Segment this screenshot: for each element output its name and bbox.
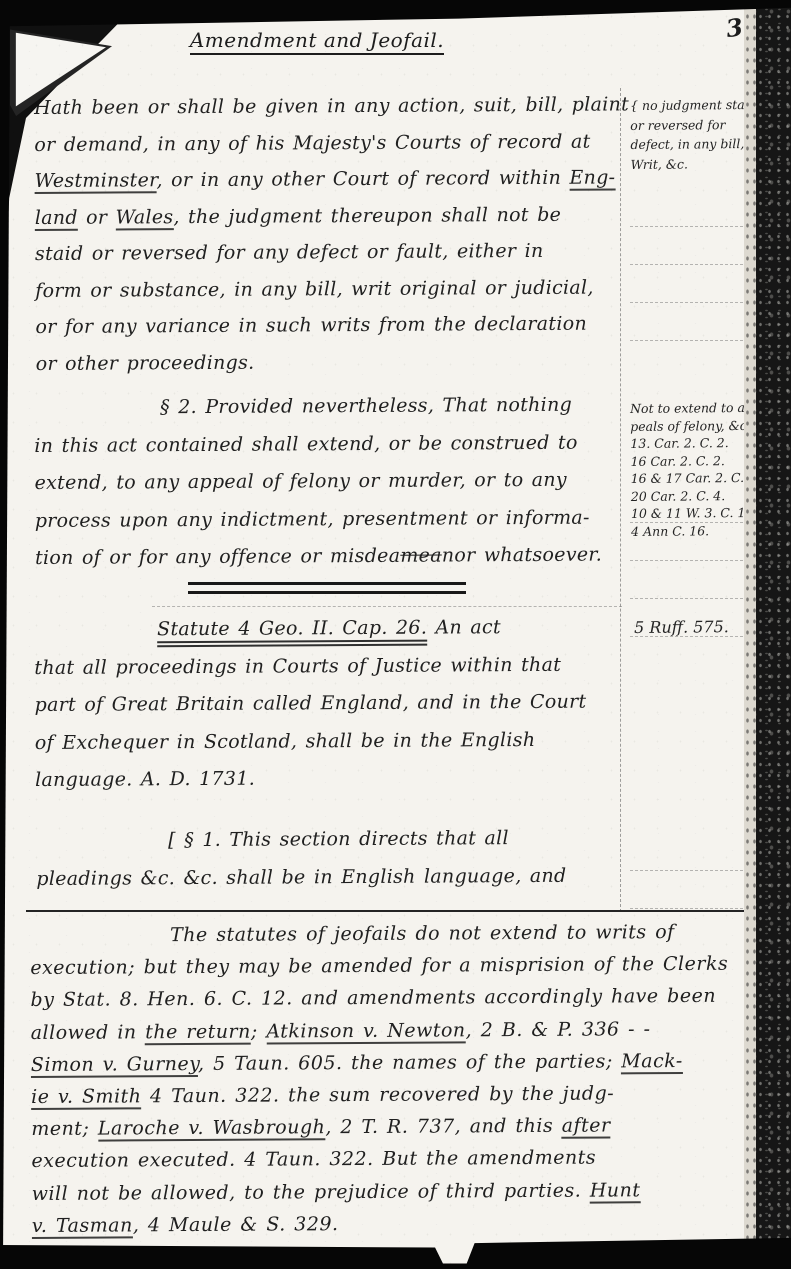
manuscript-text-segment: Westminster: [34, 169, 156, 194]
manuscript-text-segment: , 2 T. R. 737, and this: [325, 1115, 562, 1138]
manuscript-line: part of Great Britain called England, an…: [34, 683, 622, 724]
ruled-line: [152, 606, 622, 607]
manuscript-line: or demand, in any of his Majesty's Court…: [34, 123, 622, 163]
manuscript-text-segment: land: [35, 206, 78, 230]
manuscript-line: Hath been or shall be given in any actio…: [34, 86, 622, 126]
manuscript-text-segment: of Exchequer in Scotland, shall be in th…: [35, 728, 536, 753]
manuscript-line: land or Wales, the judgment thereupon sh…: [35, 196, 623, 236]
manuscript-text-segment: Laroche v. Wasbrough: [98, 1116, 326, 1141]
manuscript-line: Statute 4 Geo. II. Cap. 26. An act: [34, 608, 622, 649]
manuscript-text-segment: the return: [145, 1020, 251, 1045]
ruled-line: [630, 598, 748, 599]
manuscript-text-segment: Eng-: [569, 166, 615, 190]
manuscript-line: Simon v. Gurney, 5 Taun. 605. the names …: [31, 1044, 749, 1081]
manuscript-line: pleadings &c. &c. shall be in English la…: [36, 856, 622, 898]
manuscript-text-segment: , 5 Taun. 605. the names of the parties;: [198, 1050, 621, 1075]
manuscript-text-segment: § 2. Provided nevertheless, That nothing: [160, 394, 572, 419]
manuscript-line: allowed in the return; Atkinson v. Newto…: [31, 1012, 749, 1049]
ruled-line: [630, 340, 748, 341]
manuscript-text-segment: execution executed. 4 Taun. 322. But the…: [31, 1147, 596, 1172]
manuscript-line: or other proceedings.: [36, 342, 624, 382]
ruled-line: [630, 522, 748, 523]
page-title: Amendment and Jeofail.: [152, 28, 482, 52]
margin-note-not-to-extend: Not to extend to ap-peals of felony, &c.…: [630, 399, 757, 540]
manuscript-text-segment: Hath been or shall be given in any actio…: [34, 93, 629, 119]
margin-note-ruffhead-citation: 5 Ruff. 575.: [634, 617, 754, 638]
manuscript-text-segment: or demand, in any of his Majesty's Court…: [34, 130, 590, 155]
ruled-line: [630, 636, 748, 637]
manuscript-text-segment: or: [78, 206, 116, 228]
manuscript-text-segment: , 2 B. & P. 336 - -: [466, 1018, 651, 1041]
paragraph-statute-4-geo-2: Statute 4 Geo. II. Cap. 26. An actthat a…: [34, 608, 623, 799]
paragraph-jeofails-commentary: The statutes of jeofails do not extend t…: [30, 916, 750, 1242]
margin-note-line: Writ, &c.: [631, 153, 757, 174]
manuscript-line: language. A. D. 1731.: [35, 758, 623, 799]
margin-note-line: Not to extend to ap-: [630, 399, 756, 418]
manuscript-text-segment: [ § 1. This section directs that all: [168, 827, 509, 851]
paragraph-section-1-note: [ § 1. This section directs that allplea…: [36, 818, 622, 898]
manuscript-text-segment: mea: [400, 545, 442, 567]
manuscript-page: 39 Amendment and Jeofail. Hath been or s…: [2, 2, 754, 1264]
manuscript-text-segment: Statute 4 Geo. II. Cap. 26.: [157, 617, 427, 648]
manuscript-line: ment; Laroche v. Wasbrough, 2 T. R. 737,…: [31, 1109, 749, 1146]
manuscript-text-segment: Atkinson v. Newton: [266, 1019, 465, 1044]
manuscript-line: that all proceedings in Courts of Justic…: [34, 646, 622, 687]
margin-note-line: { no judgment stayed: [630, 95, 756, 116]
manuscript-line: staid or reversed for any defect or faul…: [35, 232, 623, 272]
ruled-line: [630, 908, 748, 909]
manuscript-text-segment: , the judgment thereupon shall not be: [173, 203, 561, 227]
margin-note-line: 20 Car. 2. C. 4.: [631, 486, 757, 505]
manuscript-text-segment: will not be allowed, to the prejudice of…: [32, 1179, 590, 1204]
manuscript-text-segment: in this act contained shall extend, or b…: [34, 431, 577, 456]
manuscript-text-segment: ;: [251, 1020, 267, 1042]
manuscript-text-segment: v. Tasman: [32, 1214, 133, 1239]
manuscript-line: execution executed. 4 Taun. 322. But the…: [31, 1141, 749, 1178]
manuscript-text-segment: Simon v. Gurney: [31, 1053, 198, 1078]
manuscript-line: tion of or for any offence or misdeamean…: [35, 536, 623, 577]
manuscript-line: execution; but they may be amended for a…: [30, 948, 748, 985]
margin-note-line: 16 Car. 2. C. 2.: [630, 451, 756, 470]
manuscript-line: by Stat. 8. Hen. 6. C. 12. and amendment…: [30, 980, 748, 1017]
manuscript-line: The statutes of jeofails do not extend t…: [30, 916, 748, 953]
margin-note-line: peals of felony, &c.: [630, 416, 756, 435]
manuscript-text-segment: process upon any indictment, presentment…: [35, 506, 590, 531]
manuscript-text-segment: 4 Taun. 322. the sum recovered by the ju…: [141, 1082, 614, 1107]
manuscript-line: of Exchequer in Scotland, shall be in th…: [35, 721, 623, 762]
margin-note-line: 4 Ann C. 16.: [631, 521, 757, 540]
ruled-line: [630, 226, 748, 227]
manuscript-text-segment: pleadings &c. &c. shall be in English la…: [36, 865, 566, 890]
ruled-line: [630, 264, 748, 265]
manuscript-text-segment: staid or reversed for any defect or faul…: [35, 240, 544, 265]
ruled-line: [630, 870, 748, 871]
manuscript-line: extend, to any appeal of felony or murde…: [34, 461, 622, 502]
paragraph-judgment-not-stayed: Hath been or shall be given in any actio…: [34, 86, 624, 382]
manuscript-text-segment: or for any variance in such writs from t…: [35, 313, 587, 338]
manuscript-line: in this act contained shall extend, or b…: [34, 424, 622, 465]
manuscript-text-segment: by Stat. 8. Hen. 6. C. 12. and amendment…: [30, 985, 716, 1011]
manuscript-line: form or substance, in any bill, writ ori…: [35, 269, 623, 309]
manuscript-text-segment: , 4 Maule & S. 329.: [133, 1213, 339, 1236]
margin-note-line: 5 Ruff. 575.: [634, 617, 754, 638]
manuscript-text-segment: Mack-: [621, 1050, 683, 1074]
manuscript-text-segment: ie v. Smith: [31, 1085, 142, 1110]
page-title-text: Amendment and Jeofail.: [190, 28, 444, 55]
manuscript-text-segment: The statutes of jeofails do not extend t…: [170, 921, 675, 946]
margin-note-line: 10 & 11 W. 3. C. 14.: [631, 504, 757, 523]
manuscript-text-segment: ment;: [31, 1118, 98, 1140]
manuscript-line: Westminster, or in any other Court of re…: [34, 159, 622, 199]
manuscript-line: v. Tasman, 4 Maule & S. 329.: [32, 1205, 750, 1242]
manuscript-text-segment: tion of or for any offence or misdea: [35, 545, 400, 569]
margin-note-line: 13. Car. 2. C. 2.: [630, 434, 756, 453]
manuscript-line: § 2. Provided nevertheless, That nothing: [34, 386, 622, 427]
manuscript-text-segment: An act: [427, 616, 501, 638]
ruled-line: [630, 560, 748, 561]
manuscript-line: will not be allowed, to the prejudice of…: [32, 1173, 750, 1210]
manuscript-text-segment: or other proceedings.: [36, 351, 255, 374]
manuscript-line: [ § 1. This section directs that all: [36, 818, 622, 860]
margin-note-line: or reversed for: [630, 114, 756, 135]
manuscript-text-segment: Hunt: [590, 1179, 641, 1203]
margin-note-line: defect, in any bill,: [630, 134, 756, 155]
manuscript-line: process upon any indictment, presentment…: [35, 499, 623, 540]
ruled-line: [630, 302, 748, 303]
manuscript-text-segment: part of Great Britain called England, an…: [35, 691, 587, 716]
manuscript-text-segment: after: [562, 1115, 611, 1139]
manuscript-text-segment: form or substance, in any bill, writ ori…: [35, 276, 594, 301]
manuscript-text-segment: execution; but they may be amended for a…: [30, 953, 728, 979]
manuscript-text-segment: language. A. D. 1731.: [35, 768, 255, 791]
manuscript-line: ie v. Smith 4 Taun. 322. the sum recover…: [31, 1077, 749, 1114]
manuscript-text-segment: Wales: [116, 206, 174, 230]
margin-note-line: 16 & 17 Car. 2. C. 8.: [631, 469, 757, 488]
paragraph-section-2-proviso: § 2. Provided nevertheless, That nothing…: [34, 386, 623, 577]
manuscript-text-segment: extend, to any appeal of felony or murde…: [35, 469, 567, 494]
section-divider-double-rule: [188, 582, 466, 594]
manuscript-text-segment: allowed in: [31, 1021, 146, 1044]
scan-edge-right: [756, 0, 791, 1269]
manuscript-text-segment: that all proceedings in Courts of Justic…: [34, 653, 561, 678]
manuscript-text-segment: , or in any other Court of record within: [156, 167, 569, 192]
manuscript-line: or for any variance in such writs from t…: [35, 305, 623, 345]
margin-note-no-judgment-stayed: { no judgment stayedor reversed fordefec…: [630, 95, 757, 174]
manuscript-text-segment: nor whatsoever.: [442, 544, 602, 567]
horizontal-divider-line: [26, 910, 748, 912]
